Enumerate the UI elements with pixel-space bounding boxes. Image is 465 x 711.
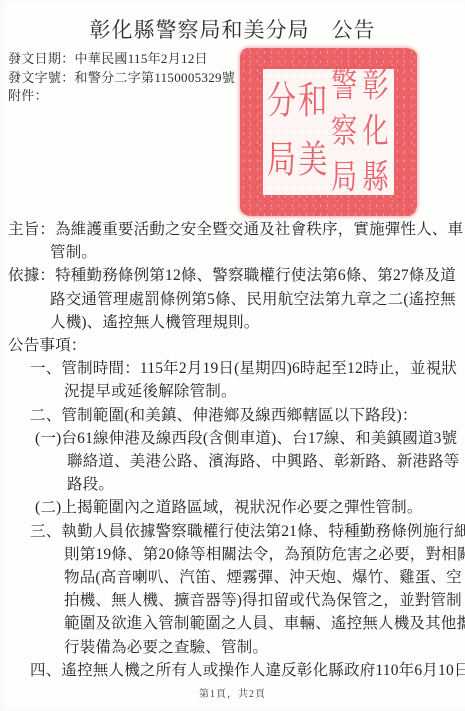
body-line: 管制。 xyxy=(0,241,465,264)
issuance-meta: 發文日期：中華民國115年2月12日 發文字號：和警分二字第1150005329… xyxy=(8,50,235,106)
body-line: 四、遙控無人機之所有人或操作人違反彰化縣政府110年6月10日 xyxy=(0,659,465,682)
body-line: 一、管制時間：115年2月19日(星期四)6時起至12時止，並視狀 xyxy=(0,357,465,380)
body-line: 拍機、無人機、擴音器等)得扣留或代為保管之，並對管制 xyxy=(0,589,465,612)
issue-number-row: 發文字號：和警分二字第1150005329號 xyxy=(8,69,235,88)
body-line: 依據：特種勤務條例第12條、警察職權行使法第6條、第27條及道 xyxy=(0,264,465,287)
issue-date-label: 發文日期： xyxy=(8,51,75,66)
body-line: 公告事項： xyxy=(0,334,465,357)
issue-number-value: 和警分二字第1150005329號 xyxy=(75,70,236,85)
seal-column-2: 警 察 局 xyxy=(329,73,360,191)
attachment-row: 附件： xyxy=(8,87,235,106)
issue-date-value: 中華民國115年2月12日 xyxy=(75,51,208,66)
page-number: 第1頁，共2頁 xyxy=(0,685,465,700)
seal-column-1: 彰 化 縣 xyxy=(360,73,391,191)
document-title: 彰化縣警察局和美分局 公告 xyxy=(0,14,465,44)
attachment-label: 附件： xyxy=(8,88,48,103)
seal-inner-panel: 彰 化 縣 警 察 局 和 美 分 局 xyxy=(263,69,394,195)
seal-character: 局 xyxy=(331,161,357,195)
issue-date-row: 發文日期：中華民國115年2月12日 xyxy=(8,50,235,69)
seal-character: 美 xyxy=(298,142,327,180)
issue-number-label: 發文字號： xyxy=(8,70,75,85)
official-seal-stamp: 彰 化 縣 警 察 局 和 美 分 局 xyxy=(240,48,417,216)
seal-character: 察 xyxy=(331,115,357,149)
seal-character: 縣 xyxy=(362,161,388,195)
seal-character: 彰 xyxy=(362,69,388,103)
announcement-page: 彰化縣警察局和美分局 公告 發文日期：中華民國115年2月12日 發文字號：和警… xyxy=(0,0,465,711)
body-line: 物品(高音喇叭、汽笛、煙霧彈、沖天炮、爆竹、雞蛋、空 xyxy=(0,566,465,589)
body-line: 聯絡道、美港公路、濱海路、中興路、彰新路、新港路等 xyxy=(0,450,465,473)
seal-character: 分 xyxy=(267,83,296,121)
body-line: 主旨：為維護重要活動之安全暨交通及社會秩序，實施彈性人、車 xyxy=(0,218,465,241)
body-line: 路段。 xyxy=(0,473,465,496)
body-line: 三、執勤人員依據警察職權行使法第21條、特種勤務條例施行細 xyxy=(0,520,465,543)
body-line: 路交通管理處罰條例第5條、民用航空法第九章之二(遙控無 xyxy=(0,288,465,311)
seal-column-3: 和 美 xyxy=(297,73,328,191)
body-line: 人機)、遙控無人機管理規則。 xyxy=(0,311,465,334)
seal-character: 和 xyxy=(298,83,327,121)
body-line: 況提早或延後解除管制。 xyxy=(0,380,465,403)
body-line: 行裝備為必要之查驗、管制。 xyxy=(0,636,465,659)
body-line: (一)台61線伸港及線西段(含側車道)、台17線、和美鎮國道3號 xyxy=(0,427,465,450)
seal-character: 警 xyxy=(331,69,357,103)
body-line: (二)上揭範圍內之道路區域，視狀況作必要之彈性管制。 xyxy=(0,496,465,519)
body-line: 範圍及欲進入管制範圍之人員、車輛、遙控無人機及其他攜 xyxy=(0,612,465,635)
document-body: 主旨：為維護重要活動之安全暨交通及社會秩序，實施彈性人、車 管制。 依據：特種勤… xyxy=(0,218,465,682)
seal-column-4: 分 局 xyxy=(266,73,297,191)
body-line: 二、管制範圍(和美鎮、伸港鄉及線西鄉轄區以下路段)： xyxy=(0,404,465,427)
seal-character: 局 xyxy=(267,142,296,180)
seal-character: 化 xyxy=(362,115,388,149)
body-line: 則第19條、第20條等相關法令，為預防危害之必要，對相關 xyxy=(0,543,465,566)
